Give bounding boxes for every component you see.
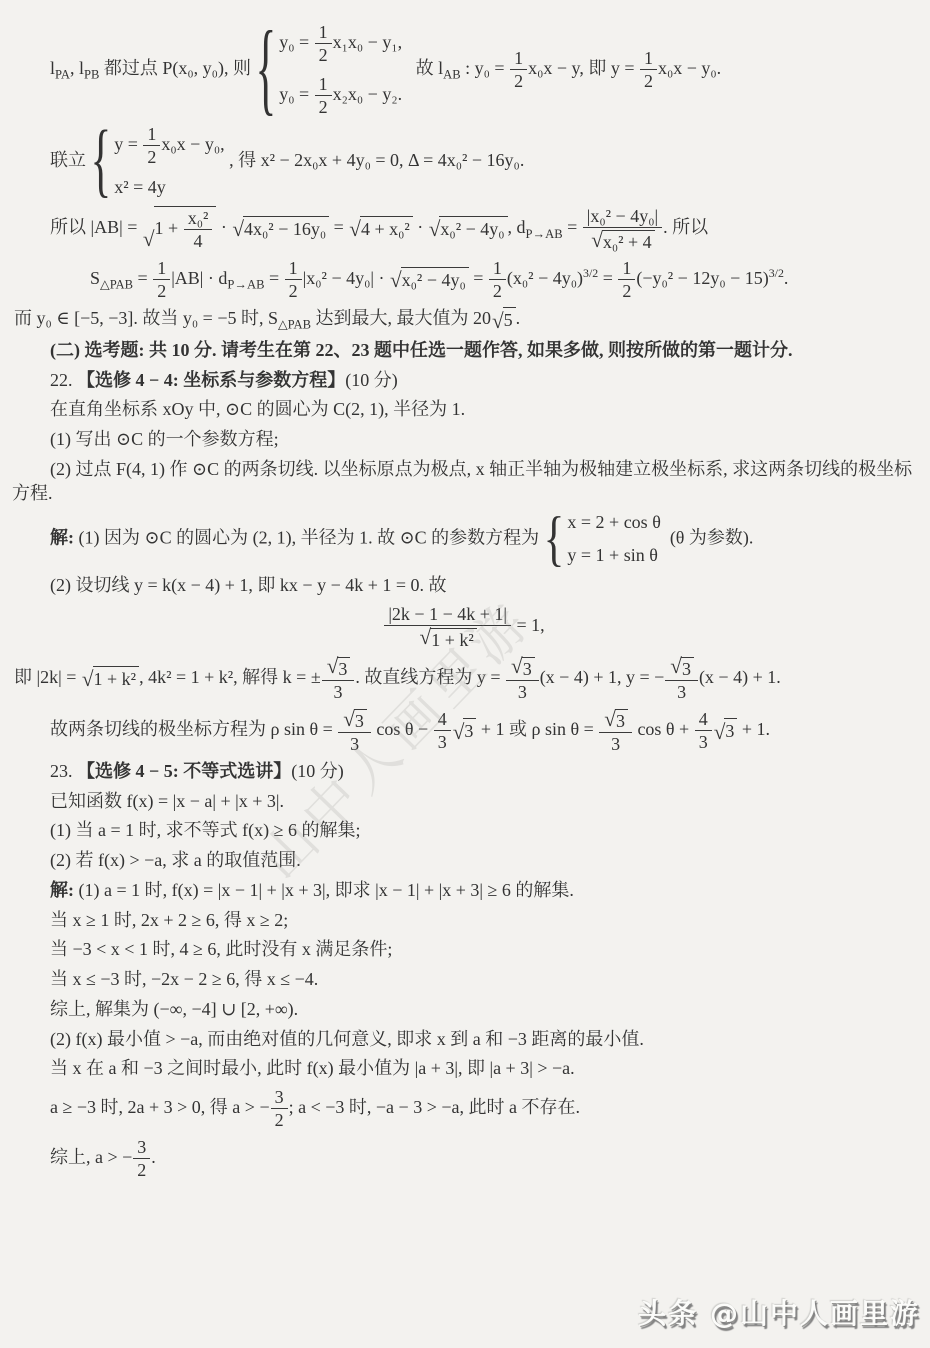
fraction-numerator: 4 <box>695 709 712 731</box>
bold-text: (二) 选考题: 共 10 分. 请考生在第 22、23 题中任选一题作答, 如… <box>50 340 792 360</box>
sqrt-radical: √3 <box>452 718 477 744</box>
math-text: x₀x − y, 即 y = <box>528 58 639 78</box>
fraction-numerator: 1 <box>510 48 527 70</box>
fraction-numerator: √3 <box>506 656 539 681</box>
subscript: △PAB <box>100 277 133 291</box>
line-q22-part1: (1) 写出 ⊙C 的一个参数方程; <box>12 428 916 452</box>
math-text: · <box>216 217 231 237</box>
line-q22-solution-part2-setup: (2) 设切线 y = k(x − 4) + 1, 即 kx − y − 4k … <box>12 574 916 598</box>
sqrt-radical: √x₀² + 4 <box>590 230 654 252</box>
sqrt-radical: √1 + k² <box>81 666 139 692</box>
fraction-denominator: 3 <box>338 733 371 754</box>
line-simultaneous-equations: 联立 {y = 12x₀x − y₀,x² = 4y , 得 x² − 2x₀x… <box>12 124 916 200</box>
radicand: 4x₀² − 16y₀ <box>243 216 329 242</box>
math-text: = <box>329 217 348 237</box>
math-text: ; a < −3 时, −a − 3 > −a, 此时 a 不存在. <box>289 1097 580 1117</box>
math-text: |AB| · d <box>171 268 227 288</box>
radical-sign-icon: √ <box>82 669 94 690</box>
math-text: cos θ − <box>372 719 433 739</box>
cases-row: y = 12x₀x − y₀, <box>114 124 224 167</box>
math-text: y = <box>114 133 142 153</box>
fraction: 32 <box>132 1137 151 1180</box>
math-text: . <box>784 268 789 288</box>
watermark-credit: 头条 @山中人画里游 <box>638 1292 920 1332</box>
left-brace-icon: { <box>255 18 276 122</box>
sqrt-radical: √3 <box>603 709 628 731</box>
math-text: 而 y₀ ∈ [−5, −3]. 故当 y₀ = −5 时, S <box>14 308 278 328</box>
fraction-numerator: 1 <box>618 258 635 280</box>
math-text: 22. <box>50 370 77 390</box>
radicand: 3 <box>615 709 628 731</box>
line-q23-part1: (1) 当 a = 1 时, 求不等式 f(x) ≥ 6 的解集; <box>12 819 916 843</box>
fraction-denominator: 2 <box>143 146 160 167</box>
fraction-denominator: √x₀² + 4 <box>583 228 662 252</box>
cases-row: x² = 4y <box>114 176 224 200</box>
line-q23-part2: (2) 若 f(x) > −a, 求 a 的取值范围. <box>12 849 916 873</box>
sqrt-radical: √3 <box>713 718 738 744</box>
fraction-numerator: 1 <box>143 124 160 146</box>
math-text: 23. <box>50 761 77 781</box>
math-text: (1) 写出 ⊙C 的一个参数方程; <box>50 429 279 449</box>
radicand: 1 + k² <box>93 666 140 692</box>
math-text: = 1, <box>512 615 545 635</box>
subscript: AB <box>443 68 461 82</box>
fraction-denominator: 2 <box>271 1109 288 1130</box>
radicand: 5 <box>503 307 516 333</box>
math-text: |x₀² − 4y₀| · <box>303 268 389 288</box>
subscript: P→AB <box>227 277 264 291</box>
fraction: √33 <box>337 708 372 754</box>
fraction-denominator: √1 + k² <box>384 626 511 650</box>
math-text: 5 <box>504 310 513 330</box>
radicand: 4 + x₀² <box>360 216 413 242</box>
math-text: 3 <box>677 682 686 702</box>
cases-system: {x = 2 + cos θy = 1 + sin θ <box>544 511 661 568</box>
math-text: a ≥ −3 时, 2a + 3 > 0, 得 a > − <box>50 1097 270 1117</box>
heading-optional-questions: (二) 选考题: 共 10 分. 请考生在第 22、23 题中任选一题作答, 如… <box>12 339 916 363</box>
math-text: 1 + k² <box>94 669 137 689</box>
math-text: 都过点 P(x₀, y₀), 则 <box>99 58 255 78</box>
line-q22-part2: (2) 过点 F(4, 1) 作 ⊙C 的两条切线. 以坐标原点为极点, x 轴… <box>12 458 916 506</box>
cases-row: x = 2 + cos θ <box>567 511 660 535</box>
fraction: √33 <box>664 656 699 702</box>
bold-text: 【选修 4 − 5: 不等式选讲】 <box>77 761 291 781</box>
fraction: x₀²4 <box>183 208 214 251</box>
math-text: x₂x₀ − y₂. <box>333 84 402 104</box>
math-text: cos θ + <box>633 719 694 739</box>
line-q23-part2-min-value: 当 x 在 a 和 −3 之间时最小, 此时 f(x) 最小值为 |a + 3|… <box>12 1057 916 1081</box>
sqrt-radical: √3 <box>669 657 694 679</box>
math-text: = <box>265 268 284 288</box>
bold-text: 解: <box>50 880 79 900</box>
radical-sign-icon: √ <box>343 709 355 730</box>
sqrt-radical: √x₀² − 4y₀ <box>389 267 469 293</box>
math-text: |x₀² − 4y₀| <box>587 206 658 226</box>
radicand: 1 + k² <box>430 628 477 650</box>
math-text: 1 + k² <box>431 630 474 650</box>
fraction-numerator: 1 <box>489 258 506 280</box>
radical-sign-icon: √ <box>591 230 603 251</box>
math-text: . 故直线方程为 y = <box>355 667 505 687</box>
radicand: x₀² − 4y₀ <box>439 216 507 242</box>
line-q23-case-x-le-neg3: 当 x ≤ −3 时, −2x − 2 ≥ 6, 得 x ≤ −4. <box>12 968 916 992</box>
math-text: 4 + x₀² <box>361 219 410 239</box>
fraction-numerator: |2k − 1 − 4k + 1| <box>384 604 511 626</box>
math-text: x₀² + 4 <box>603 232 652 252</box>
math-text: x₁x₀ − y₁, <box>333 32 402 52</box>
math-text: 故 l <box>402 58 443 78</box>
math-text: y₀ = <box>279 84 313 104</box>
math-text: 当 x ≤ −3 时, −2x − 2 ≥ 6, 得 x ≤ −4. <box>50 969 318 989</box>
cases-system: {y₀ = 12x₁x₀ − y₁,y₀ = 12x₂x₀ − y₂. <box>255 22 402 118</box>
math-text: 3 <box>518 682 527 702</box>
math-text: 综上, 解集为 (−∞, −4] ∪ [2, +∞). <box>50 999 298 1019</box>
math-text: (x − 4) + 1, y = − <box>540 667 665 687</box>
line-max-area-conclusion: 而 y₀ ∈ [−5, −3]. 故当 y₀ = −5 时, S△PAB 达到最… <box>12 307 916 333</box>
sqrt-radical: √1 + k² <box>419 628 477 650</box>
line-q22-solution-part1: 解: (1) 因为 ⊙C 的圆心为 (2, 1), 半径为 1. 故 ⊙C 的参… <box>12 511 916 568</box>
math-text: 3 <box>350 734 359 754</box>
math-text: 3 <box>616 711 625 731</box>
fraction-denominator: 3 <box>599 733 632 754</box>
heading-question-23: 23. 【选修 4 − 5: 不等式选讲】(10 分) <box>12 760 916 784</box>
radical-sign-icon: √ <box>349 219 361 240</box>
superscript: 3/2 <box>769 266 784 280</box>
fraction: |x₀² − 4y₀|√x₀² + 4 <box>582 206 663 252</box>
radical-sign-icon: √ <box>420 627 432 648</box>
line-q23-part2-cases: a ≥ −3 时, 2a + 3 > 0, 得 a > −32; a < −3 … <box>12 1087 916 1130</box>
line-tangent-point-system: lPA, lPB 都过点 P(x₀, y₀), 则 {y₀ = 12x₁x₀ −… <box>12 22 916 118</box>
fraction: √33 <box>321 656 356 702</box>
math-text: x₀x − y₀, <box>161 133 224 153</box>
fraction-numerator: √3 <box>665 656 698 681</box>
fraction-numerator: 1 <box>285 258 302 280</box>
superscript: 3/2 <box>583 266 598 280</box>
bold-text: 【选修 4 − 4: 坐标系与参数方程】 <box>77 370 345 390</box>
line-q23-part2-geometry: (2) f(x) 最小值 > −a, 而由绝对值的几何意义, 即求 x 到 a … <box>12 1028 916 1052</box>
math-text: 综上, a > − <box>50 1146 132 1166</box>
cases-rows: y₀ = 12x₁x₀ − y₁,y₀ = 12x₂x₀ − y₂. <box>279 22 402 118</box>
fraction: 43 <box>433 709 452 752</box>
left-brace-icon: { <box>91 120 112 202</box>
math-text: x₀² − 4y₀ <box>402 270 466 290</box>
radical-sign-icon: √ <box>390 270 402 291</box>
fraction-numerator: 1 <box>640 48 657 70</box>
math-text: 3 <box>338 659 347 679</box>
fraction-denominator: 2 <box>153 280 170 301</box>
fraction: 12 <box>314 74 333 117</box>
math-text: 当 −3 < x < 1 时, 4 ≥ 6, 此时没有 x 满足条件; <box>50 939 392 959</box>
radicand: 1 + x₀²4 <box>154 206 217 251</box>
math-text: 3 <box>334 682 343 702</box>
subscript: PA <box>55 68 70 82</box>
math-text: = <box>563 217 582 237</box>
fraction-denominator: 2 <box>315 96 332 117</box>
math-text: , d <box>508 217 526 237</box>
math-text: , l <box>70 58 84 78</box>
math-text: 3 <box>682 659 691 679</box>
radical-sign-icon: √ <box>143 229 155 250</box>
math-text: (2) 设切线 y = k(x − 4) + 1, 即 kx − y − 4k … <box>50 575 447 595</box>
fraction-denominator: 2 <box>133 1159 150 1180</box>
fraction-numerator: 4 <box>434 709 451 731</box>
math-text: 即 |2k| = <box>14 667 81 687</box>
radical-sign-icon: √ <box>453 722 465 743</box>
line-q23-conclusion-part2: 综上, a > −32. <box>12 1137 916 1180</box>
math-text: = <box>598 268 617 288</box>
math-text: , 4k² = 1 + k², 解得 k = ± <box>139 667 321 687</box>
radicand: x₀² − 4y₀ <box>401 267 469 293</box>
math-text: (1) 当 a = 1 时, 求不等式 f(x) ≥ 6 的解集; <box>50 820 361 840</box>
fraction-numerator: 3 <box>133 1137 150 1159</box>
fraction-numerator: 1 <box>153 258 170 280</box>
fraction-denominator: 2 <box>640 70 657 91</box>
fraction-numerator: 3 <box>271 1087 288 1109</box>
math-text: (10 分) <box>345 370 398 390</box>
radicand: 3 <box>522 657 535 679</box>
math-text: (−y₀² − 12y₀ − 15) <box>636 268 768 288</box>
math-text: (θ 为参数). <box>661 528 754 548</box>
radicand: 3 <box>724 718 737 744</box>
math-text: (1) a = 1 时, f(x) = |x − 1| + |x + 3|, 即… <box>79 880 574 900</box>
fraction: 32 <box>270 1087 289 1130</box>
math-text: 所以 |AB| = <box>50 217 142 237</box>
math-text: (10 分) <box>291 761 344 781</box>
fraction: √33 <box>505 656 540 702</box>
fraction-denominator: 3 <box>434 731 451 752</box>
fraction-denominator: 3 <box>506 681 539 702</box>
fraction-denominator: 3 <box>665 681 698 702</box>
fraction-numerator: 1 <box>315 74 332 96</box>
line-q22-distance-equation: |2k − 1 − 4k + 1|√1 + k² = 1, <box>12 604 916 650</box>
fraction: |2k − 1 − 4k + 1|√1 + k² <box>383 604 512 650</box>
sqrt-radical: √1 + x₀²4 <box>142 206 216 251</box>
fraction: 12 <box>488 258 507 301</box>
radical-sign-icon: √ <box>511 656 523 677</box>
radicand: x₀² + 4 <box>602 230 655 252</box>
radical-sign-icon: √ <box>604 709 616 730</box>
sqrt-radical: √3 <box>342 709 367 731</box>
document-page: lPA, lPB 都过点 P(x₀, y₀), 则 {y₀ = 12x₁x₀ −… <box>0 0 930 1180</box>
math-text: 已知函数 f(x) = |x − a| + |x + 3|. <box>50 791 284 811</box>
radical-sign-icon: √ <box>492 311 504 332</box>
fraction-denominator: 2 <box>618 280 635 301</box>
math-text: y₀ = <box>279 32 313 52</box>
bold-text: 解: <box>50 528 79 548</box>
subscript: P→AB <box>526 226 563 240</box>
line-q23-given: 已知函数 f(x) = |x − a| + |x + 3|. <box>12 790 916 814</box>
fraction: 12 <box>314 22 333 65</box>
math-text: 4x₀² − 16y₀ <box>244 219 326 239</box>
radical-sign-icon: √ <box>670 656 682 677</box>
fraction: 12 <box>152 258 171 301</box>
math-text: 当 x 在 a 和 −3 之间时最小, 此时 f(x) 最小值为 |a + 3|… <box>50 1058 575 1078</box>
sqrt-radical: √4 + x₀² <box>348 216 412 242</box>
sqrt-radical: √5 <box>491 307 516 333</box>
math-text: . 所以 <box>663 217 708 237</box>
subscript: △PAB <box>278 318 311 332</box>
math-text: 故两条切线的极坐标方程为 ρ sin θ = <box>50 719 337 739</box>
math-text: 达到最大, 最大值为 20 <box>311 308 491 328</box>
fraction-numerator: √3 <box>322 656 355 681</box>
fraction-denominator: 2 <box>489 280 506 301</box>
math-text: · <box>413 217 428 237</box>
math-text: 联立 <box>50 150 91 170</box>
math-text: x₀x − y₀. <box>658 58 721 78</box>
fraction-denominator: 2 <box>510 70 527 91</box>
fraction-denominator: 4 <box>184 230 213 251</box>
math-text: x² = 4y <box>114 177 166 197</box>
fraction-numerator: √3 <box>338 708 371 733</box>
radical-sign-icon: √ <box>429 219 441 240</box>
sqrt-radical: √3 <box>326 657 351 679</box>
math-text: : y₀ = <box>461 58 509 78</box>
math-text: (1) 因为 ⊙C 的圆心为 (2, 1), 半径为 1. 故 ⊙C 的参数方程… <box>79 528 544 548</box>
sqrt-radical: √x₀² − 4y₀ <box>428 216 508 242</box>
fraction: 12 <box>284 258 303 301</box>
line-q23-conclusion-part1: 综上, 解集为 (−∞, −4] ∪ [2, +∞). <box>12 998 916 1022</box>
fraction-denominator: 3 <box>695 731 712 752</box>
cases-row: y₀ = 12x₁x₀ − y₁, <box>279 22 402 65</box>
radicand: 3 <box>337 657 350 679</box>
fraction: 12 <box>617 258 636 301</box>
line-triangle-area-formula: S△PAB = 12|AB| · dP→AB = 12|x₀² − 4y₀| ·… <box>12 258 916 301</box>
math-text: 3 <box>725 721 734 741</box>
math-text: (2) f(x) 最小值 > −a, 而由绝对值的几何意义, 即求 x 到 a … <box>50 1029 644 1049</box>
radicand: 3 <box>681 657 694 679</box>
fraction-numerator: 1 <box>315 22 332 44</box>
math-text: , 得 x² − 2x₀x + 4y₀ = 0, Δ = 4x₀² − 16y₀… <box>225 150 525 170</box>
line-q23-solution-part1: 解: (1) a = 1 时, f(x) = |x − 1| + |x + 3|… <box>12 879 916 903</box>
cases-rows: x = 2 + cos θy = 1 + sin θ <box>567 511 660 568</box>
cases-row: y₀ = 12x₂x₀ − y₂. <box>279 74 402 117</box>
cases-row: y = 1 + sin θ <box>567 544 660 568</box>
math-text: 3 <box>355 711 364 731</box>
math-text: (x₀² − 4y₀) <box>507 268 583 288</box>
math-text: = <box>133 268 152 288</box>
math-text: + 1 或 ρ sin θ = <box>476 719 598 739</box>
radicand: 3 <box>354 709 367 731</box>
line-q22-polar-equations: 故两条切线的极坐标方程为 ρ sin θ = √33 cos θ − 43√3 … <box>12 708 916 754</box>
line-ab-length: 所以 |AB| = √1 + x₀²4 · √4x₀² − 16y₀ = √4 … <box>12 206 916 252</box>
math-text: 3 <box>523 659 532 679</box>
cases-rows: y = 12x₀x − y₀,x² = 4y <box>114 124 224 200</box>
math-text: 在直角坐标系 xOy 中, ⊙C 的圆心为 C(2, 1), 半径为 1. <box>50 399 465 419</box>
radicand: 3 <box>463 718 476 744</box>
math-text: S <box>90 268 100 288</box>
subscript: PB <box>84 68 99 82</box>
sqrt-radical: √4x₀² − 16y₀ <box>231 216 329 242</box>
math-text: . <box>151 1146 156 1166</box>
fraction: 12 <box>509 48 528 91</box>
math-text: = <box>469 268 488 288</box>
fraction-numerator: √3 <box>599 708 632 733</box>
fraction-numerator: x₀² <box>184 208 213 230</box>
radical-sign-icon: √ <box>232 219 244 240</box>
math-text: 当 x ≥ 1 时, 2x + 2 ≥ 6, 得 x ≥ 2; <box>50 910 288 930</box>
math-text: y = 1 + sin θ <box>567 545 657 565</box>
math-text: (2) 过点 F(4, 1) 作 ⊙C 的两条切线. 以坐标原点为极点, x 轴… <box>12 459 912 503</box>
fraction-denominator: 2 <box>315 44 332 65</box>
math-text: 3 <box>611 734 620 754</box>
fraction: 43 <box>694 709 713 752</box>
math-text: x = 2 + cos θ <box>567 512 660 532</box>
math-text: 3 <box>464 721 473 741</box>
math-text: |2k − 1 − 4k + 1| <box>388 604 507 624</box>
line-q23-case-x-ge-1: 当 x ≥ 1 时, 2x + 2 ≥ 6, 得 x ≥ 2; <box>12 909 916 933</box>
line-q22-given: 在直角坐标系 xOy 中, ⊙C 的圆心为 C(2, 1), 半径为 1. <box>12 398 916 422</box>
heading-question-22: 22. 【选修 4 − 4: 坐标系与参数方程】(10 分) <box>12 369 916 393</box>
fraction: 12 <box>639 48 658 91</box>
math-text: x₀² − 4y₀ <box>440 219 504 239</box>
cases-system: {y = 12x₀x − y₀,x² = 4y <box>91 124 225 200</box>
math-text: 1 + <box>155 218 183 238</box>
math-text: (x − 4) + 1. <box>699 667 781 687</box>
line-q22-solve-k: 即 |2k| = √1 + k², 4k² = 1 + k², 解得 k = ±… <box>12 656 916 702</box>
math-text: (2) 若 f(x) > −a, 求 a 的取值范围. <box>50 850 301 870</box>
radical-sign-icon: √ <box>714 722 726 743</box>
sqrt-radical: √3 <box>510 657 535 679</box>
fraction-numerator: |x₀² − 4y₀| <box>583 206 662 228</box>
fraction-denominator: 3 <box>322 681 355 702</box>
fraction: 12 <box>142 124 161 167</box>
radical-sign-icon: √ <box>327 656 339 677</box>
math-text: . <box>516 308 521 328</box>
math-text: + 1. <box>737 719 770 739</box>
fraction: √33 <box>598 708 633 754</box>
fraction-denominator: 2 <box>285 280 302 301</box>
left-brace-icon: { <box>544 509 565 571</box>
line-q23-case-middle: 当 −3 < x < 1 时, 4 ≥ 6, 此时没有 x 满足条件; <box>12 938 916 962</box>
